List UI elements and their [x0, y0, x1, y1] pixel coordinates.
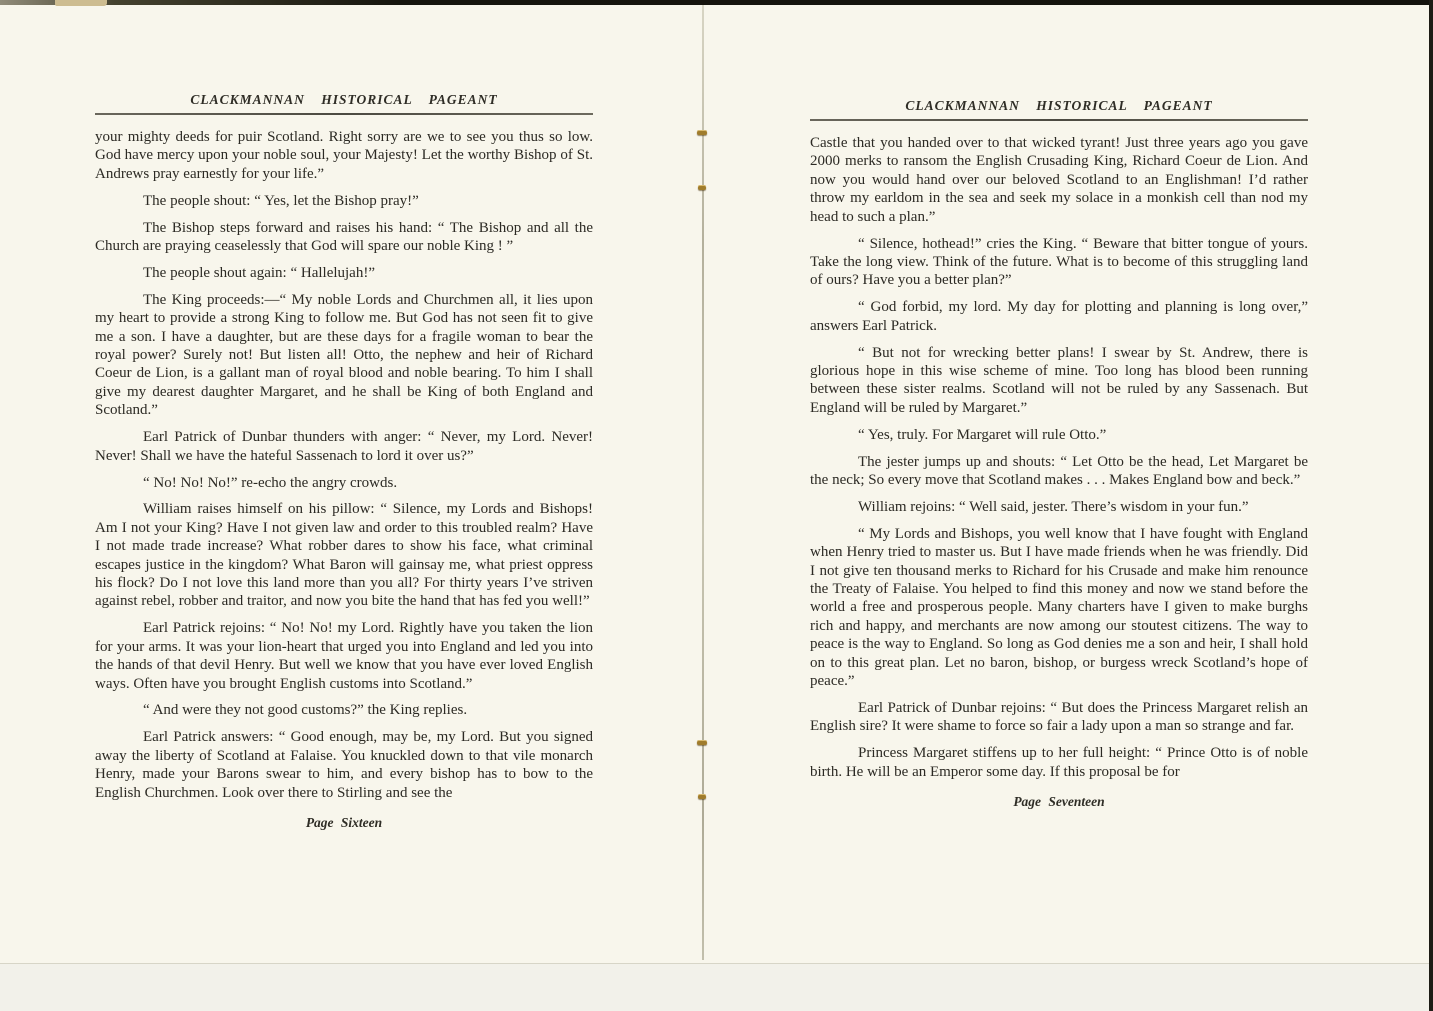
body-paragraph: “ But not for wrecking better plans! I s… [810, 344, 1308, 418]
body-paragraph: “ Yes, truly. For Margaret will rule Ott… [810, 426, 1308, 444]
body-paragraph: “ My Lords and Bishops, you well know th… [810, 525, 1308, 691]
body-paragraph: Princess Margaret stiffens up to her ful… [810, 744, 1308, 781]
body-paragraph: Earl Patrick rejoins: “ No! No! my Lord.… [95, 619, 593, 693]
body-paragraph: William raises himself on his pillow: “ … [95, 500, 593, 610]
cover-right-edge [1429, 0, 1433, 1011]
cover-top-edge-highlight [55, 0, 107, 6]
page-number: Page Seventeen [810, 794, 1308, 810]
body-paragraph: The jester jumps up and shouts: “ Let Ot… [810, 453, 1308, 490]
staple-icon [697, 130, 707, 135]
page-number: Page Sixteen [95, 815, 593, 831]
running-head: CLACKMANNAN HISTORICAL PAGEANT [810, 98, 1308, 114]
center-fold [702, 5, 704, 960]
body-paragraph: “ No! No! No!” re-echo the angry crowds. [95, 474, 593, 492]
body-paragraph: The people shout again: “ Hallelujah!” [95, 264, 593, 282]
staple-icon [698, 794, 706, 799]
body-paragraph: The people shout: “ Yes, let the Bishop … [95, 192, 593, 210]
body-paragraph: Earl Patrick of Dunbar rejoins: “ But do… [810, 699, 1308, 736]
right-page-body: Castle that you handed over to that wick… [810, 134, 1308, 781]
header-rule [95, 113, 593, 115]
header-rule [810, 119, 1308, 121]
body-paragraph: Earl Patrick of Dunbar thunders with ang… [95, 428, 593, 465]
body-paragraph: “ Silence, hothead!” cries the King. “ B… [810, 235, 1308, 290]
staple-icon [698, 185, 706, 190]
left-page-body: your mighty deeds for puir Scotland. Rig… [95, 128, 593, 802]
staple-icon [697, 740, 707, 745]
right-page: CLACKMANNAN HISTORICAL PAGEANT Castle th… [810, 98, 1308, 810]
page-bottom-edge [0, 963, 1433, 1011]
left-page: CLACKMANNAN HISTORICAL PAGEANT your migh… [95, 92, 593, 831]
body-paragraph: Earl Patrick answers: “ Good enough, may… [95, 728, 593, 802]
body-paragraph: “ And were they not good customs?” the K… [95, 701, 593, 719]
body-paragraph: “ God forbid, my lord. My day for plotti… [810, 298, 1308, 335]
body-paragraph: The Bishop steps forward and raises his … [95, 219, 593, 256]
body-paragraph: Castle that you handed over to that wick… [810, 134, 1308, 226]
cover-top-edge [0, 0, 1433, 5]
body-paragraph: The King proceeds:—“ My noble Lords and … [95, 291, 593, 420]
body-paragraph: your mighty deeds for puir Scotland. Rig… [95, 128, 593, 183]
running-head: CLACKMANNAN HISTORICAL PAGEANT [95, 92, 593, 108]
body-paragraph: William rejoins: “ Well said, jester. Th… [810, 498, 1308, 516]
